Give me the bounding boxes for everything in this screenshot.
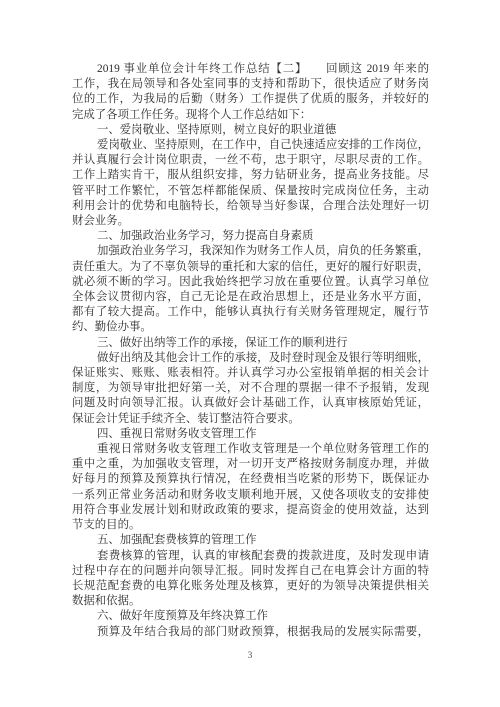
section-heading-1: 一、爱岗敬业、坚持原则，树立良好的职业道德 <box>72 123 429 138</box>
document-body: 2019 事业单位会计年终工作总结【二】 回顾这 2019 年来的 工作，我在局… <box>72 62 429 640</box>
text-line: 好每月的预算及预算执行情况，在经费相当吃紧的形势下，既保证办 <box>72 472 429 487</box>
section-heading-5: 五、加强配套费核算的管理工作 <box>72 533 429 548</box>
page-number: 3 <box>0 651 500 661</box>
text-line: 制度，为领导审批把好第一关，对不合理的票据一律不予报销，发现 <box>72 381 429 396</box>
section-heading-2: 二、加强政治业务学习，努力提高自身素质 <box>72 229 429 244</box>
text-line: 爱岗敬业、坚持原则，在工作中，自己快速适应安排的工作岗位， <box>72 138 429 153</box>
text-line: 加强政治业务学习，我深知作为财务工作人员，肩负的任务繁重， <box>72 244 429 259</box>
text-line: 利用会计的优势和电脑特长，给领导当好参谋，合理合法处理好一切 <box>72 199 429 214</box>
text-line: 做好出纳及其他会计工作的承接，及时登时现金及银行等明细账， <box>72 351 429 366</box>
text-line: 套费核算的管理，认真的审核配套费的拨款进度，及时发现申请 <box>72 549 429 564</box>
text-line: 工作，我在局领导和各处室同事的支持和帮助下，很快适应了财务岗 <box>72 77 429 92</box>
document-page: 2019 事业单位会计年终工作总结【二】 回顾这 2019 年来的 工作，我在局… <box>0 0 500 707</box>
text-line: 都有了较大提高。工作中，能够认真执行有关财务管理规定，履行节 <box>72 305 429 320</box>
text-line: 财会业务。 <box>72 214 429 229</box>
text-line: 管平时工作繁忙，不管怎样都能保质、保量按时完成岗位任务，主动 <box>72 184 429 199</box>
text-line: 用符合事业发展计划和财政政策的要求，提高资金的使用效益，达到 <box>72 503 429 518</box>
text-line: 节支的目的。 <box>72 518 429 533</box>
text-line: 全体会议贯彻内容，自己无论是在政治思想上，还是业务水平方面， <box>72 290 429 305</box>
text-line: 完成了各项工作任务。现将个人工作总结如下： <box>72 108 429 123</box>
section-heading-6: 六、做好年度预算及年终决算工作 <box>72 609 429 624</box>
section-heading-4: 四、重视日常财务收支管理工作 <box>72 427 429 442</box>
section-heading-3: 三、做好出纳等工作的承接，保证工作的顺利进行 <box>72 336 429 351</box>
text-line: 重中之重，为加强收支管理，对一切开支严格按财务制度办理，并做 <box>72 457 429 472</box>
text-line: 预算及年结合我局的部门财政预算，根据我局的发展实际需要， <box>72 625 429 640</box>
text-line: 重视日常财务收支管理工作收支管理是一个单位财务管理工作的 <box>72 442 429 457</box>
text-line: 问题及时向领导汇报。认真做好会计基础工作，认真审核原始凭证， <box>72 396 429 411</box>
text-line: 责任重大。为了不辜负领导的重托和大家的信任，更好的履行好职责， <box>72 260 429 275</box>
text-line: 保证会计凭证手续齐全、装订整洁符合要求。 <box>72 412 429 427</box>
text-line: 过程中存在的问题并向领导汇报。同时发挥自己在电算会计方面的特 <box>72 564 429 579</box>
text-line: 约、勤俭办事。 <box>72 320 429 335</box>
text-line: 保证账实、账账、账表相符。并认真学习办公室报销单据的相关会计 <box>72 366 429 381</box>
document-title-line: 2019 事业单位会计年终工作总结【二】 回顾这 2019 年来的 <box>72 62 429 77</box>
text-line: 并认真履行会计岗位职责，一丝不苟，忠于职守，尽职尽责的工作。 <box>72 153 429 168</box>
text-line: 位的工作，为我局的后勤（财务）工作提供了优质的服务，并较好的 <box>72 92 429 107</box>
text-line: 长规范配套费的电算化账务处理及核算，更好的为领导决策提供相关 <box>72 579 429 594</box>
text-line: 工作上踏实肯干，服从组织安排，努力钻研业务，提高业务技能。尽 <box>72 168 429 183</box>
text-line: 就必须不断的学习。因此我始终把学习放在重要位置。认真学习单位 <box>72 275 429 290</box>
text-line: 一系列正常业务活动和财务收支顺利地开展，又使各项收支的安排使 <box>72 488 429 503</box>
text-line: 数据和依据。 <box>72 594 429 609</box>
